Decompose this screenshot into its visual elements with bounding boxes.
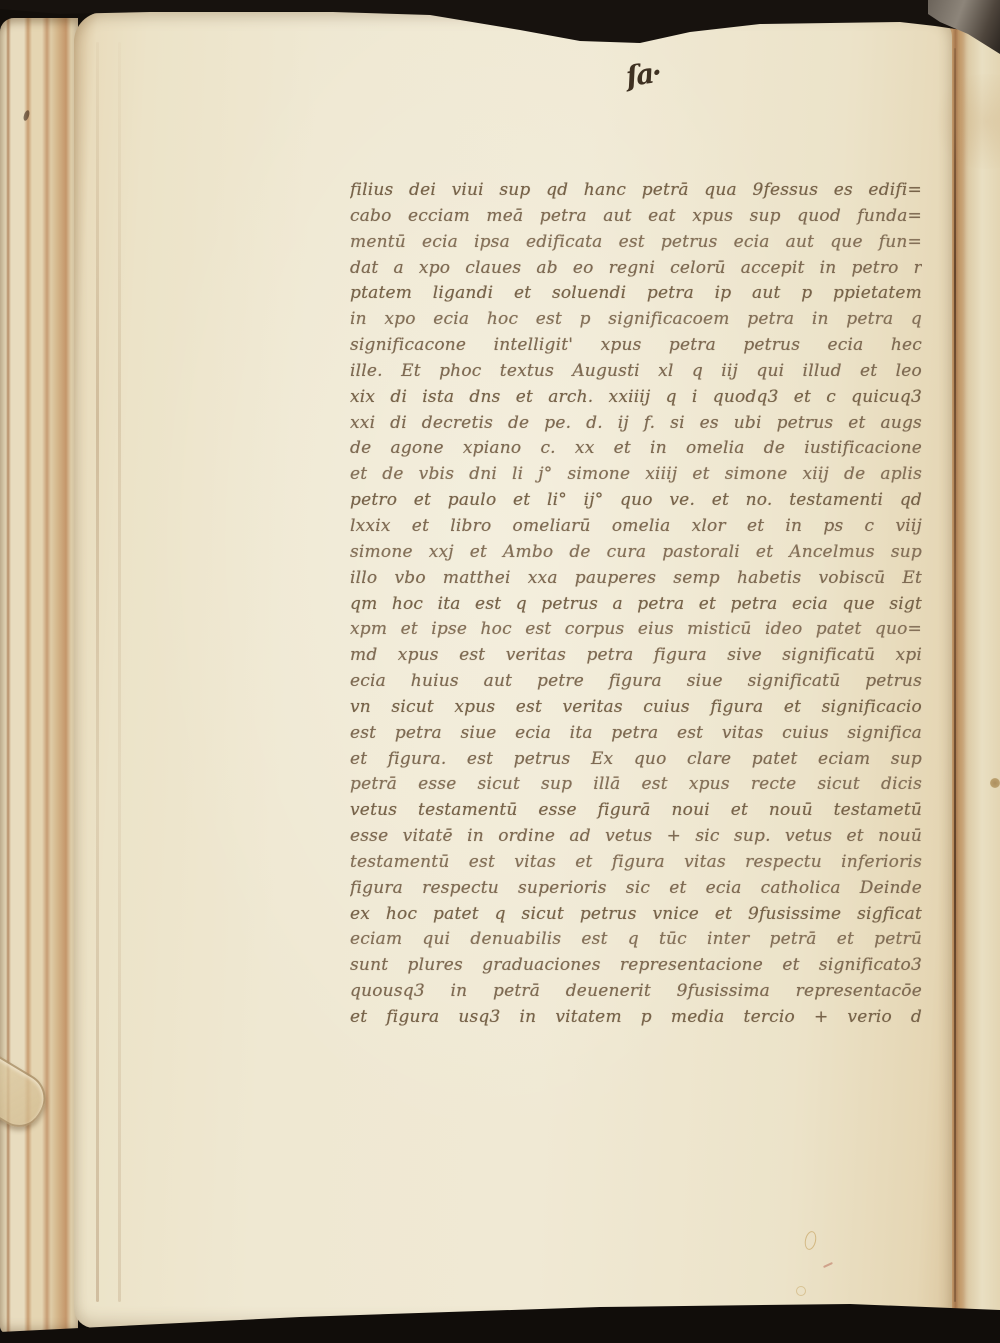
manuscript-text-line: sunt plures graduaciones representacione… xyxy=(350,953,922,979)
facing-page-sliver xyxy=(960,12,1000,1322)
ink-speck xyxy=(22,109,30,121)
manuscript-text-line: qm hoc ita est q petrus a petra et petra… xyxy=(350,592,922,618)
manuscript-text-line: figura respectu superioris sic et ecia c… xyxy=(350,876,922,902)
manuscript-text-line: ecia huius aut petre figura siue signifi… xyxy=(350,669,922,695)
manuscript-text-line: vetus testamentū esse figurā noui et nou… xyxy=(350,798,922,824)
manuscript-text-line: illo vbo matthei xxa pauperes semp habet… xyxy=(350,566,922,592)
manuscript-text-line: petrā esse sicut sup illā est xpus recte… xyxy=(350,772,922,798)
gutter-fold-line xyxy=(96,42,99,1302)
manuscript-text-line: vn sicut xpus est veritas cuius figura e… xyxy=(350,695,922,721)
pen-trial-mark xyxy=(796,1286,806,1296)
manuscript-text-line: ille. Et phoc textus Augusti xl q iij qu… xyxy=(350,359,922,385)
manuscript-text-line: ptatem ligandi et soluendi petra ip aut … xyxy=(350,281,922,307)
manuscript-text-line: petro et paulo et li° ij° quo ve. et no.… xyxy=(350,488,922,514)
ink-blot xyxy=(990,778,1000,788)
manuscript-text-line: simone xxj et Ambo de cura pastorali et … xyxy=(350,540,922,566)
manuscript-text-line: dat a xpo claues ab eo regni celorū acce… xyxy=(350,256,922,282)
manuscript-text-line: eciam qui denuabilis est q tūc inter pet… xyxy=(350,927,922,953)
gutter-fold-line xyxy=(118,42,121,1302)
manuscript-text-line: in xpo ecia hoc est p significacoem petr… xyxy=(350,307,922,333)
manuscript-text-line: et figura. est petrus Ex quo clare patet… xyxy=(350,747,922,773)
manuscript-photograph: { "document": { "kind": "medieval manusc… xyxy=(0,0,1000,1343)
manuscript-text-line: xpm et ipse hoc est corpus eius misticū … xyxy=(350,617,922,643)
manuscript-text-line: de agone xpiano c. xx et in omelia de iu… xyxy=(350,436,922,462)
manuscript-text-line: filius dei viui sup qd hanc petrā qua 9f… xyxy=(350,178,922,204)
stacked-page-edges xyxy=(0,18,78,1334)
text-block: filius dei viui sup qd hanc petrā qua 9f… xyxy=(350,178,922,1031)
manuscript-text-line: quousq3 in petrā deuenerit 9fusissima re… xyxy=(350,979,922,1005)
folio-mark: ſa· xyxy=(624,56,662,93)
manuscript-text-line: xxi di decretis de pe. d. ij f. si es ub… xyxy=(350,411,922,437)
manuscript-text-line: mentū ecia ipsa edificata est petrus eci… xyxy=(350,230,922,256)
manuscript-text-line: esse vitatē in ordine ad vetus + sic sup… xyxy=(350,824,922,850)
manuscript-text-line: significacone intelligit' xpus petra pet… xyxy=(350,333,922,359)
manuscript-text-line: et figura usq3 in vitatem p media tercio… xyxy=(350,1005,922,1031)
manuscript-text-line: testamentū est vitas et figura vitas res… xyxy=(350,850,922,876)
manuscript-text-line: xix di ista dns et arch. xxiiij q i quod… xyxy=(350,385,922,411)
book-photo-scene: ſa· filius dei viui sup qd hanc petrā qu… xyxy=(0,0,1000,1343)
manuscript-text-line: ex hoc patet q sicut petrus vnice et 9fu… xyxy=(350,902,922,928)
manuscript-text-line: et de vbis dni li j° simone xiiij et sim… xyxy=(350,462,922,488)
manuscript-page: ſa· filius dei viui sup qd hanc petrā qu… xyxy=(74,12,952,1328)
manuscript-text-line: est petra siue ecia ita petra est vitas … xyxy=(350,721,922,747)
manuscript-text-line: cabo ecciam meā petra aut eat xpus sup q… xyxy=(350,204,922,230)
manuscript-text-line: md xpus est veritas petra figura sive si… xyxy=(350,643,922,669)
manuscript-text-line: lxxix et libro omeliarū omelia xlor et i… xyxy=(350,514,922,540)
